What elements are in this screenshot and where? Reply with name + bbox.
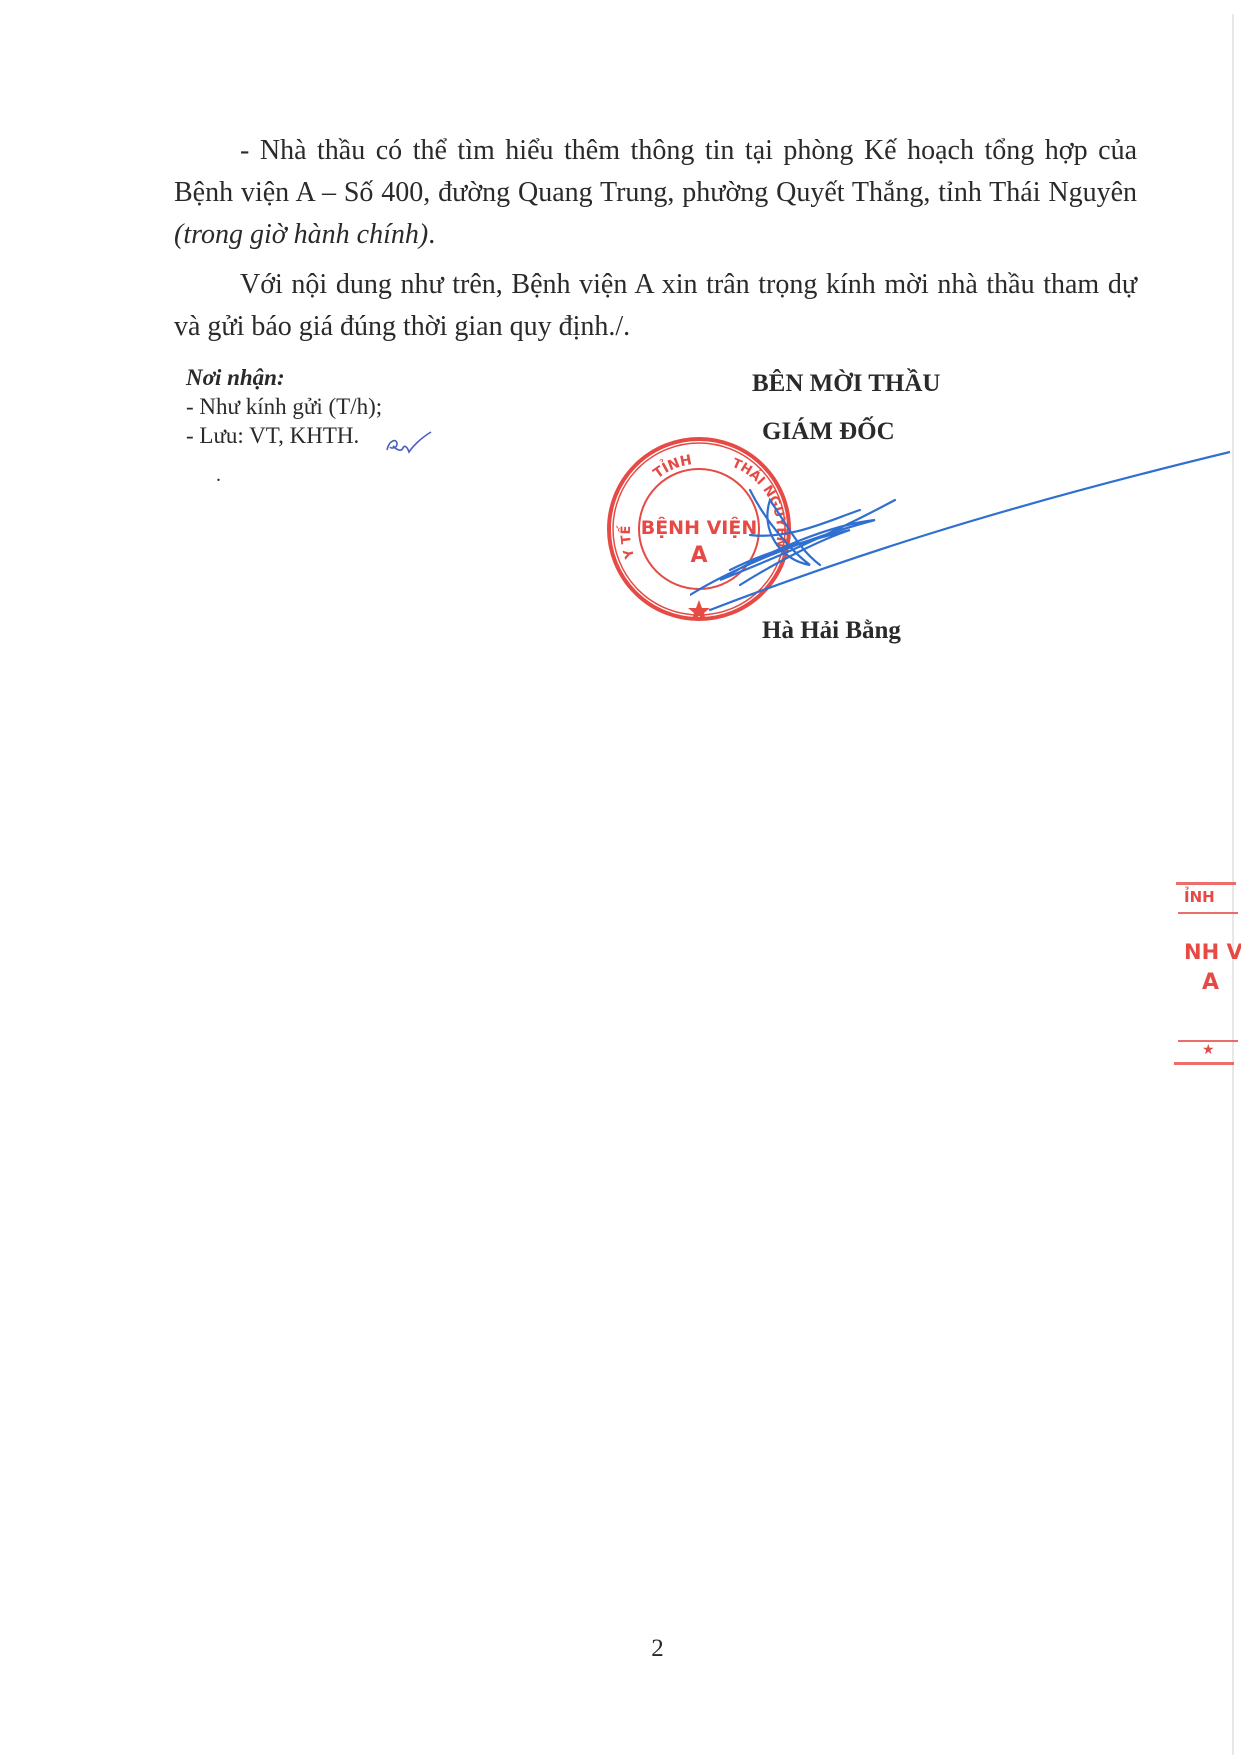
- signature-title-inviter: BÊN MỜI THẦU: [752, 370, 940, 398]
- recipients-title: Nơi nhận:: [186, 363, 382, 392]
- svg-text:Y TẾ: Y TẾ: [617, 525, 639, 561]
- edge-stamp-fragment: ỈNH NH V A ★: [1170, 870, 1241, 1070]
- paragraph-contact-text: - Nhà thầu có thể tìm hiểu thêm thông ti…: [174, 135, 1137, 208]
- paragraph-contact-info: - Nhà thầu có thể tìm hiểu thêm thông ti…: [174, 130, 1137, 256]
- signer-name: Hà Hải Bằng: [762, 617, 901, 645]
- paragraph-invitation-text: Với nội dung như trên, Bệnh viện A xin t…: [174, 269, 1137, 342]
- recipients-block: Nơi nhận: - Như kính gửi (T/h); - Lưu: V…: [186, 363, 382, 450]
- handwritten-signature-icon: [690, 440, 1230, 620]
- page-number: 2: [37, 1635, 1241, 1663]
- recipient-item: - Như kính gửi (T/h);: [186, 392, 382, 421]
- paragraph-invitation: Với nội dung như trên, Bệnh viện A xin t…: [174, 264, 1137, 348]
- stray-mark: .: [216, 461, 221, 490]
- handwritten-initials-icon: [385, 430, 435, 458]
- recipient-item: - Lưu: VT, KHTH.: [186, 421, 382, 450]
- office-hours-note: (trong giờ hành chính): [174, 219, 428, 250]
- svg-text:TỈNH: TỈNH: [651, 452, 694, 482]
